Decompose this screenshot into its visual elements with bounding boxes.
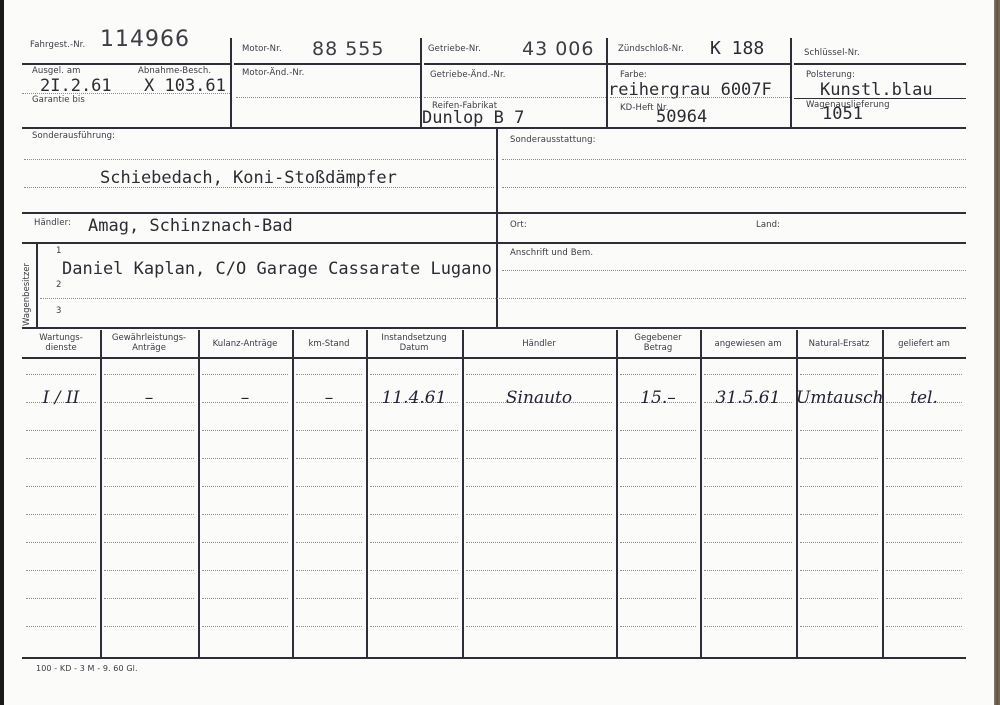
dotted-line	[800, 430, 878, 431]
dotted-line	[886, 374, 962, 375]
table-cell: –	[100, 388, 198, 408]
dotted-line	[26, 430, 96, 431]
dotted-line	[610, 97, 790, 98]
column-header: Instandsetzung Datum	[366, 333, 462, 353]
divider	[22, 127, 966, 129]
dotted-line	[202, 430, 288, 431]
dotted-line	[370, 570, 458, 571]
dotted-line	[370, 626, 458, 627]
dotted-line	[236, 97, 420, 98]
dotted-line	[296, 430, 362, 431]
column-header: angewiesen am	[700, 339, 796, 349]
dotted-line	[620, 514, 696, 515]
special-equipment-label: Sonderausstattung:	[510, 135, 596, 145]
dotted-line	[620, 542, 696, 543]
dotted-line	[296, 598, 362, 599]
divider	[22, 63, 230, 65]
divider	[230, 38, 232, 128]
dotted-line	[466, 598, 612, 599]
dotted-line	[26, 514, 96, 515]
dotted-line	[502, 270, 966, 271]
column-divider	[366, 330, 368, 657]
dotted-line	[296, 374, 362, 375]
dotted-line	[296, 486, 362, 487]
upholstery-value: Kunstl.blau	[820, 80, 933, 100]
kd-value: 50964	[656, 107, 707, 127]
country-label: Land:	[756, 220, 780, 230]
engine-change-label: Motor-Änd.-Nr.	[242, 68, 304, 78]
dotted-line	[620, 486, 696, 487]
owner-row-number: 2	[56, 280, 62, 290]
dotted-line	[370, 458, 458, 459]
dotted-line	[800, 374, 878, 375]
dotted-line	[800, 626, 878, 627]
column-divider	[700, 330, 702, 657]
dotted-line	[104, 598, 194, 599]
divider	[22, 242, 966, 244]
column-divider	[100, 330, 102, 657]
dotted-line	[202, 626, 288, 627]
dotted-line	[704, 514, 792, 515]
dotted-line	[202, 514, 288, 515]
chassis-value: 114966	[100, 27, 190, 52]
dotted-line	[104, 626, 194, 627]
table-cell: –	[198, 388, 292, 408]
dotted-line	[370, 514, 458, 515]
dotted-line	[886, 514, 962, 515]
gearbox-label: Getriebe-Nr.	[428, 44, 481, 54]
dotted-line	[620, 458, 696, 459]
dotted-line	[704, 486, 792, 487]
dotted-line	[104, 514, 194, 515]
table-cell: Umtausch	[796, 388, 882, 408]
card-edge	[994, 0, 1000, 705]
place-label: Ort:	[510, 220, 527, 230]
gearbox-change-label: Getriebe-Änd.-Nr.	[430, 70, 506, 80]
dotted-line	[886, 430, 962, 431]
dotted-line	[104, 486, 194, 487]
table-cell: 31.5.61	[700, 388, 796, 408]
column-divider	[462, 330, 464, 657]
table-cell: 11.4.61	[366, 388, 462, 408]
dotted-line	[26, 542, 96, 543]
dotted-line	[502, 159, 966, 160]
dotted-line	[26, 486, 96, 487]
dotted-line	[466, 374, 612, 375]
owner-value: Daniel Kaplan, C/O Garage Cassarate Luga…	[62, 259, 492, 279]
dotted-line	[104, 458, 194, 459]
dotted-line	[886, 486, 962, 487]
column-divider	[616, 330, 618, 657]
engine-value: 88 555	[312, 38, 384, 60]
column-header: Gewährleistungs- Anträge	[100, 333, 198, 353]
dotted-line	[800, 486, 878, 487]
dealer-value: Amag, Schinznach-Bad	[88, 216, 293, 236]
wagon-delivery-value: 1051	[822, 104, 863, 124]
column-header: Wartungs- dienste	[22, 333, 100, 353]
column-divider	[198, 330, 200, 657]
dotted-line	[502, 187, 966, 188]
dotted-line	[620, 570, 696, 571]
dotted-line	[26, 374, 96, 375]
dotted-line	[620, 598, 696, 599]
upholstery-label: Polsterung:	[806, 70, 855, 80]
dotted-line	[886, 542, 962, 543]
divider	[424, 63, 610, 65]
table-cell: 15.–	[616, 388, 700, 408]
dotted-line	[800, 458, 878, 459]
dotted-line	[202, 374, 288, 375]
dotted-line	[202, 486, 288, 487]
dotted-line	[296, 458, 362, 459]
dotted-line	[886, 626, 962, 627]
chassis-label: Fahrgest.-Nr.	[30, 40, 85, 50]
column-divider	[882, 330, 884, 657]
dotted-line	[24, 159, 494, 160]
ignition-value: K 188	[710, 38, 764, 59]
column-header: km-Stand	[292, 339, 366, 349]
engine-label: Motor-Nr.	[242, 44, 282, 54]
dotted-line	[466, 570, 612, 571]
color-label: Farbe:	[620, 70, 647, 80]
dotted-line	[800, 542, 878, 543]
dotted-line	[296, 626, 362, 627]
divider	[420, 38, 422, 128]
divider	[22, 657, 966, 659]
dotted-line	[886, 458, 962, 459]
dotted-line	[26, 458, 96, 459]
dotted-line	[466, 542, 612, 543]
dotted-line	[704, 374, 792, 375]
vehicle-record-card: Fahrgest.-Nr. 114966 Motor-Nr. 88 555 Ge…	[4, 0, 994, 705]
column-divider	[292, 330, 294, 657]
divider	[22, 212, 966, 214]
gearbox-value: 43 006	[522, 38, 594, 60]
column-header: Natural-Ersatz	[796, 339, 882, 349]
column-header: Gegebener Betrag	[616, 333, 700, 353]
special-version-label: Sonderausführung:	[32, 131, 115, 141]
table-cell: I / II	[22, 388, 100, 408]
dotted-line	[424, 97, 608, 98]
dotted-line	[800, 598, 878, 599]
dotted-line	[22, 93, 230, 94]
divider	[794, 98, 966, 99]
dotted-line	[104, 570, 194, 571]
address-label: Anschrift und Bem.	[510, 248, 593, 258]
column-header: Händler	[462, 339, 616, 349]
divider	[22, 357, 966, 359]
owner-label: Wagenbesitzer	[22, 263, 32, 326]
owner-row-number: 1	[56, 246, 62, 256]
dotted-line	[466, 486, 612, 487]
dotted-line	[370, 430, 458, 431]
dotted-line	[370, 374, 458, 375]
dotted-line	[466, 514, 612, 515]
delivered-label: Ausgel. am	[32, 66, 81, 76]
dotted-line	[296, 514, 362, 515]
table-cell: Sinauto	[462, 388, 616, 408]
dealer-label: Händler:	[34, 218, 71, 228]
column-divider	[796, 330, 798, 657]
special-version-value: Schiebedach, Koni-Stoßdämpfer	[100, 168, 397, 188]
dotted-line	[104, 542, 194, 543]
dotted-line	[800, 514, 878, 515]
dotted-line	[466, 626, 612, 627]
dotted-line	[620, 374, 696, 375]
dotted-line	[620, 626, 696, 627]
dotted-line	[370, 542, 458, 543]
divider	[790, 38, 792, 128]
dotted-line	[24, 187, 494, 188]
acceptance-label: Abnahme-Besch.	[138, 66, 211, 76]
dotted-line	[370, 598, 458, 599]
divider	[22, 327, 966, 329]
dotted-line	[26, 598, 96, 599]
print-code: 100 - KD - 3 M - 9. 60 Gl.	[36, 664, 138, 673]
divider	[610, 63, 792, 65]
warranty-label: Garantie bis	[32, 95, 85, 105]
table-cell: –	[292, 388, 366, 408]
dotted-line	[26, 626, 96, 627]
dotted-line	[104, 374, 194, 375]
dotted-line	[202, 542, 288, 543]
dotted-line	[620, 430, 696, 431]
dotted-line	[704, 626, 792, 627]
dotted-line	[104, 430, 194, 431]
column-header: geliefert am	[882, 339, 966, 349]
dotted-line	[202, 598, 288, 599]
table-cell: tel.	[882, 388, 966, 408]
divider	[36, 243, 38, 327]
dotted-line	[886, 598, 962, 599]
dotted-line	[800, 570, 878, 571]
dotted-line	[704, 458, 792, 459]
dotted-line	[296, 570, 362, 571]
dotted-line	[26, 570, 96, 571]
dotted-line	[704, 570, 792, 571]
owner-row-number: 3	[56, 306, 62, 316]
dotted-line	[466, 430, 612, 431]
dotted-line	[466, 458, 612, 459]
key-label: Schlüssel-Nr.	[804, 48, 860, 58]
divider	[234, 63, 420, 65]
dotted-line	[202, 570, 288, 571]
dotted-line	[202, 458, 288, 459]
divider	[794, 63, 966, 65]
dotted-line	[886, 570, 962, 571]
dotted-line	[296, 542, 362, 543]
dotted-line	[704, 430, 792, 431]
ignition-label: Zündschloß-Nr.	[618, 44, 684, 54]
column-header: Kulanz-Anträge	[198, 339, 292, 349]
divider	[606, 38, 608, 128]
dotted-line	[370, 486, 458, 487]
dotted-line	[704, 542, 792, 543]
dotted-line	[704, 598, 792, 599]
tires-value: Dunlop B 7	[422, 108, 524, 128]
dotted-line	[40, 298, 966, 299]
